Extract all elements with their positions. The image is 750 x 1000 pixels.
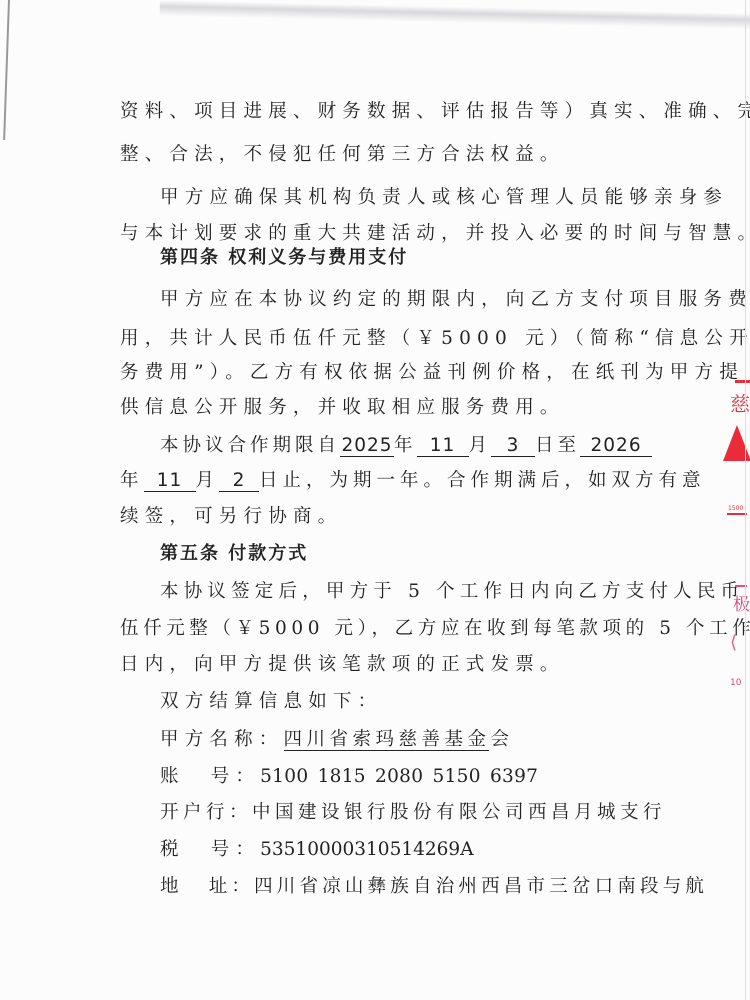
body-line: 与本计划要求的重大共建活动，并投入必要的时间与智慧。 (120, 222, 750, 246)
body-line: 本协议签定后，甲方于 5 个工作日内向乙方支付人民币 (160, 580, 744, 604)
seal-char: 极 (733, 590, 750, 615)
body-line: 供信息公开服务，并收取相应服务费用。 (120, 396, 565, 420)
start-year-field: 2025 (340, 436, 394, 457)
account-value: 5100 1815 2080 5150 6397 (260, 766, 538, 787)
year-label: 年 (394, 435, 417, 456)
end-day-field: 2 (219, 471, 259, 492)
seal-bar (735, 380, 750, 383)
month-label: 月 (469, 435, 492, 456)
term-line-1: 本协议合作期限自2025年11月3日至2026 (160, 434, 652, 458)
start-day-field: 3 (491, 436, 535, 457)
end-year-field: 2026 (580, 436, 652, 457)
page-edge-line (745, 0, 746, 1000)
party-a-name-label: 甲方名称： (160, 729, 284, 750)
body-line: 日内，向甲方提供该笔款项的正式发票。 (120, 653, 565, 677)
address-label-a: 地 (160, 876, 183, 897)
address-value: 四川省凉山彝族自治州西昌市三岔口南段与航 (254, 876, 708, 897)
seal-number: 10 (730, 678, 750, 688)
term-line-2: 年11月2日止，为期一年。合作期满后，如双方有意 (120, 469, 706, 493)
seal-arrow-icon: ⟨ (730, 632, 750, 653)
tax-row: 税号：53510000310514269A (160, 838, 474, 862)
page-fold-shadow (160, 0, 750, 30)
month-label: 月 (196, 470, 220, 491)
seal-number: 1500 (728, 505, 750, 512)
section-5-heading: 第五条 付款方式 (160, 542, 308, 566)
body-line: 续签，可另行协商。 (120, 505, 342, 529)
seal-char: 慈 (730, 388, 750, 417)
body-line: 整、合法，不侵犯任何第三方合法权益。 (120, 143, 565, 167)
body-line: 伍仟元整（￥5000 元），乙方应在收到每笔款项的 5 个工作 (120, 617, 750, 641)
settlement-intro: 双方结算信息如下： (160, 690, 382, 714)
bank-label: 开户行： (160, 802, 252, 823)
term-end-text: 日止，为期一年。合作期满后，如双方有意 (259, 470, 706, 491)
day-to-label: 日至 (535, 435, 580, 456)
party-a-name-row: 甲方名称：四川省索玛慈善基金会 (160, 728, 489, 752)
body-line: 甲方应确保其机构负责人或核心管理人员能够亲身参 (160, 186, 728, 210)
section-4-heading: 第四条 权利义务与费用支付 (160, 246, 408, 270)
account-label-b: 号： (211, 766, 260, 787)
bank-value: 中国建设银行股份有限公司西昌月城支行 (252, 802, 666, 823)
party-a-name-value: 四川省索玛慈善基金会 (284, 730, 489, 751)
term-prefix: 本协议合作期限自 (160, 435, 340, 456)
end-month-field: 11 (144, 471, 196, 492)
body-line: 用，共计人民币伍仟元整（￥5000 元）（简称“信息公开服 (120, 327, 750, 351)
body-line: 资料、项目进展、财务数据、评估报告等）真实、准确、完 (120, 100, 750, 124)
year-label: 年 (120, 470, 144, 491)
tax-label-b: 号： (211, 839, 260, 860)
body-line: 务费用”）。乙方有权依据公益刊例价格，在纸刊为甲方提 (120, 361, 744, 385)
tax-label-a: 税 (160, 839, 185, 860)
tax-value: 53510000310514269A (260, 839, 473, 860)
page-edge-line (3, 0, 10, 140)
seal-bar (727, 513, 747, 515)
start-month-field: 11 (417, 436, 469, 457)
body-line: 甲方应在本协议约定的期限内，向乙方支付项目服务费 (160, 288, 750, 312)
address-row: 地址：四川省凉山彝族自治州西昌市三岔口南段与航 (160, 875, 708, 899)
bank-row: 开户行：中国建设银行股份有限公司西昌月城支行 (160, 801, 666, 825)
address-label-b: 址： (209, 876, 254, 897)
account-label-a: 账 (160, 766, 185, 787)
account-row: 账号：5100 1815 2080 5150 6397 (160, 765, 538, 789)
